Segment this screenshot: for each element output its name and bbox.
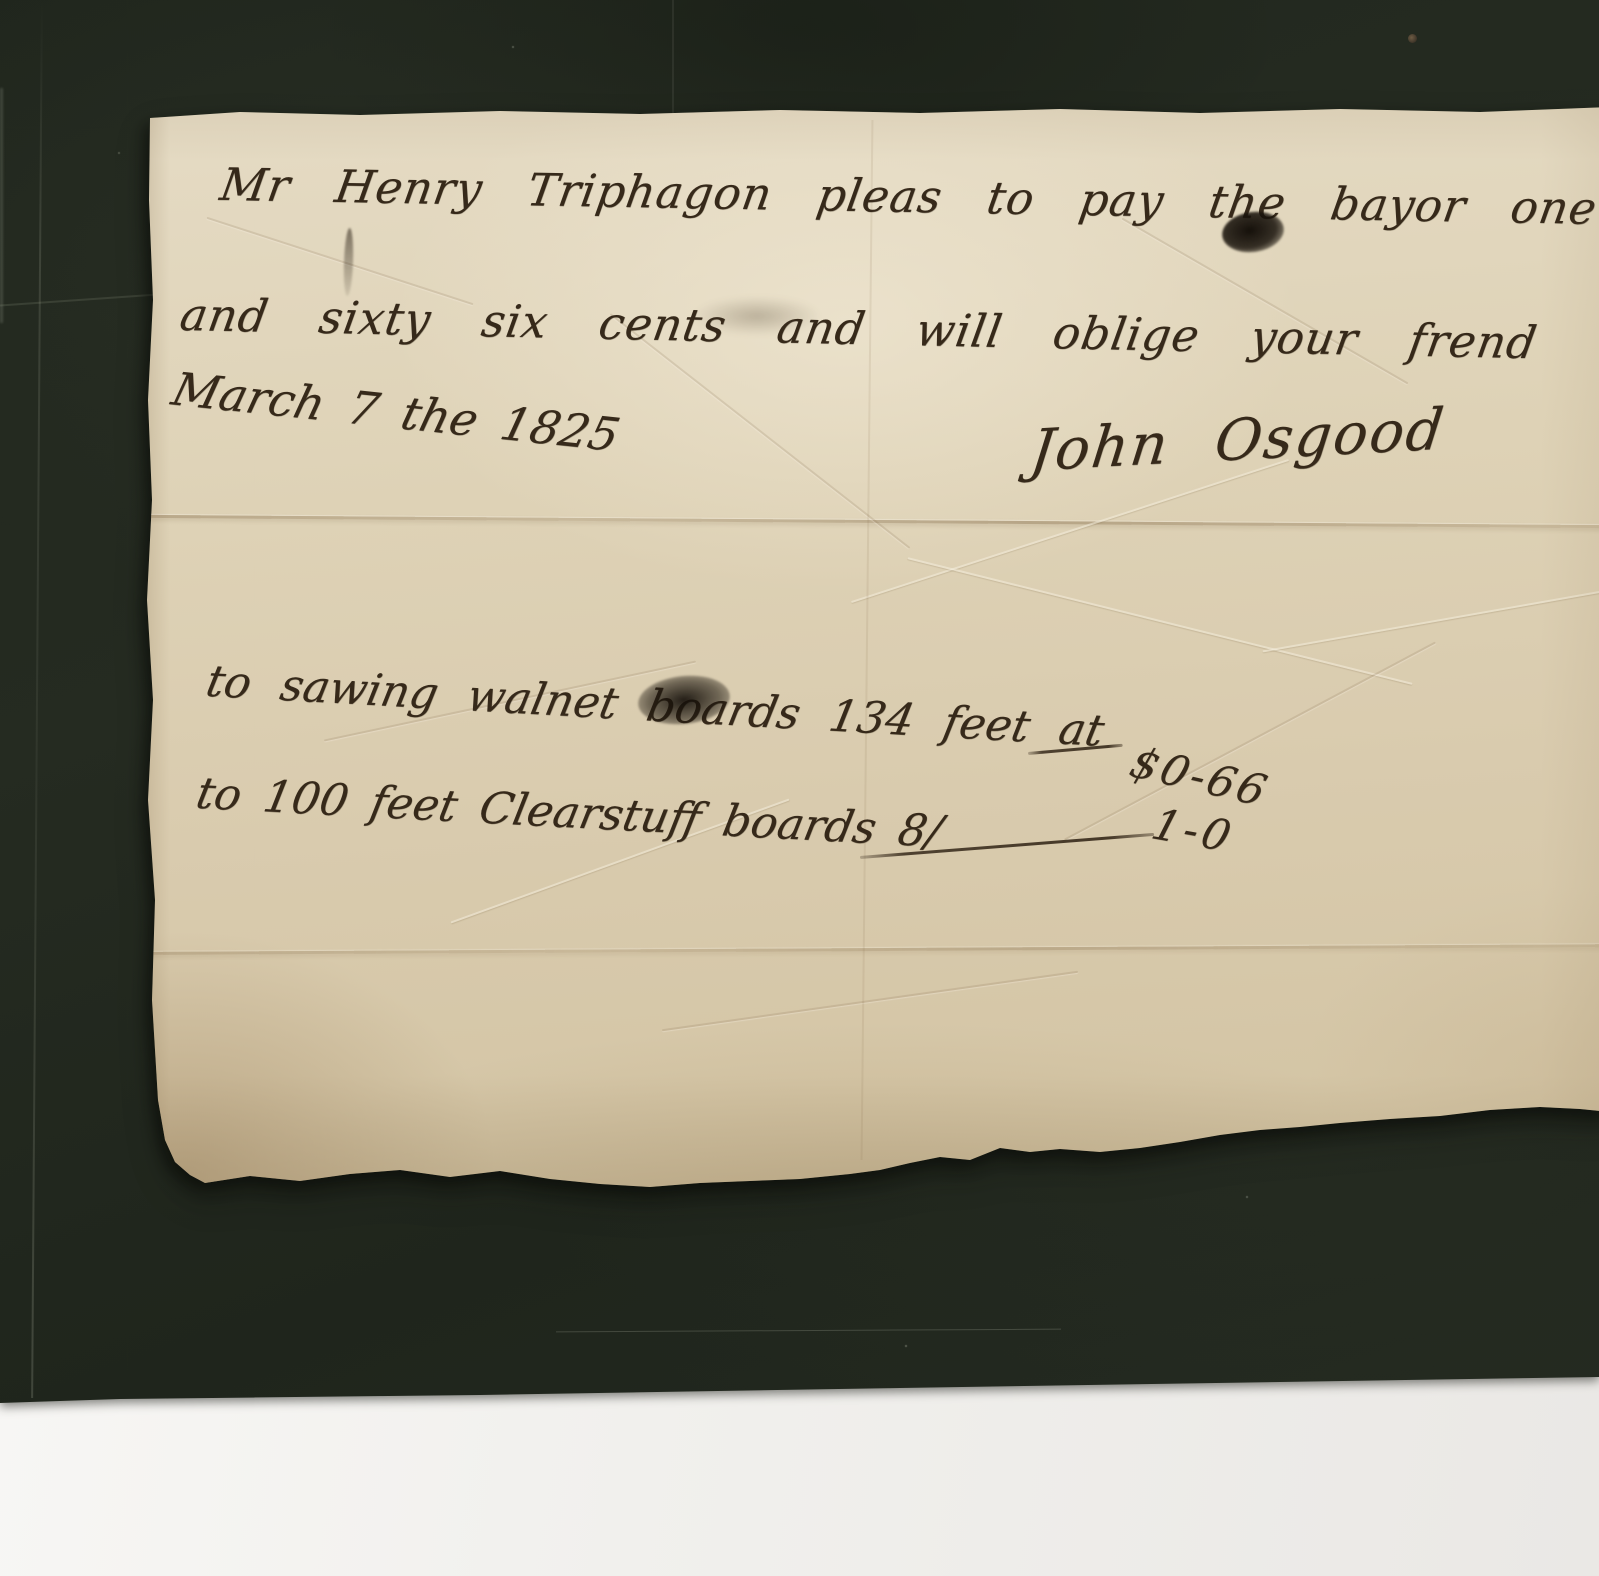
crease-line xyxy=(662,971,1078,1031)
fold-crease xyxy=(130,515,1599,528)
scanned-document-photo: Mr Henry Triphagon pleas to pay the bayo… xyxy=(0,0,1599,1576)
handwritten-line-payee: Mr Henry Triphagon pleas to pay the bayo… xyxy=(217,158,1599,238)
crease-line xyxy=(861,120,874,1160)
ink-smudge xyxy=(692,296,822,336)
board-edge-highlight xyxy=(0,88,3,323)
dust-specks xyxy=(0,0,2,2)
crease-line xyxy=(907,557,1412,685)
board-crease xyxy=(31,0,43,1398)
board-scratch xyxy=(556,1329,1061,1333)
handwritten-date: March 7 the 1825 xyxy=(167,362,625,462)
account-item-1-amount: $0-66 xyxy=(1124,738,1276,817)
board-spot xyxy=(1408,34,1417,43)
account-item-2-description: to 100 feet Clearstuff boards 8/ xyxy=(192,768,946,858)
handwritten-signature: John Osgood xyxy=(1027,396,1449,484)
note-paper-wrap: Mr Henry Triphagon pleas to pay the bayo… xyxy=(140,100,1599,1205)
handwritten-line-amount-words: and sixty six cents and will oblige your… xyxy=(176,288,1541,369)
ink-drip xyxy=(343,228,354,296)
note-paper: Mr Henry Triphagon pleas to pay the bayo… xyxy=(140,100,1599,1205)
